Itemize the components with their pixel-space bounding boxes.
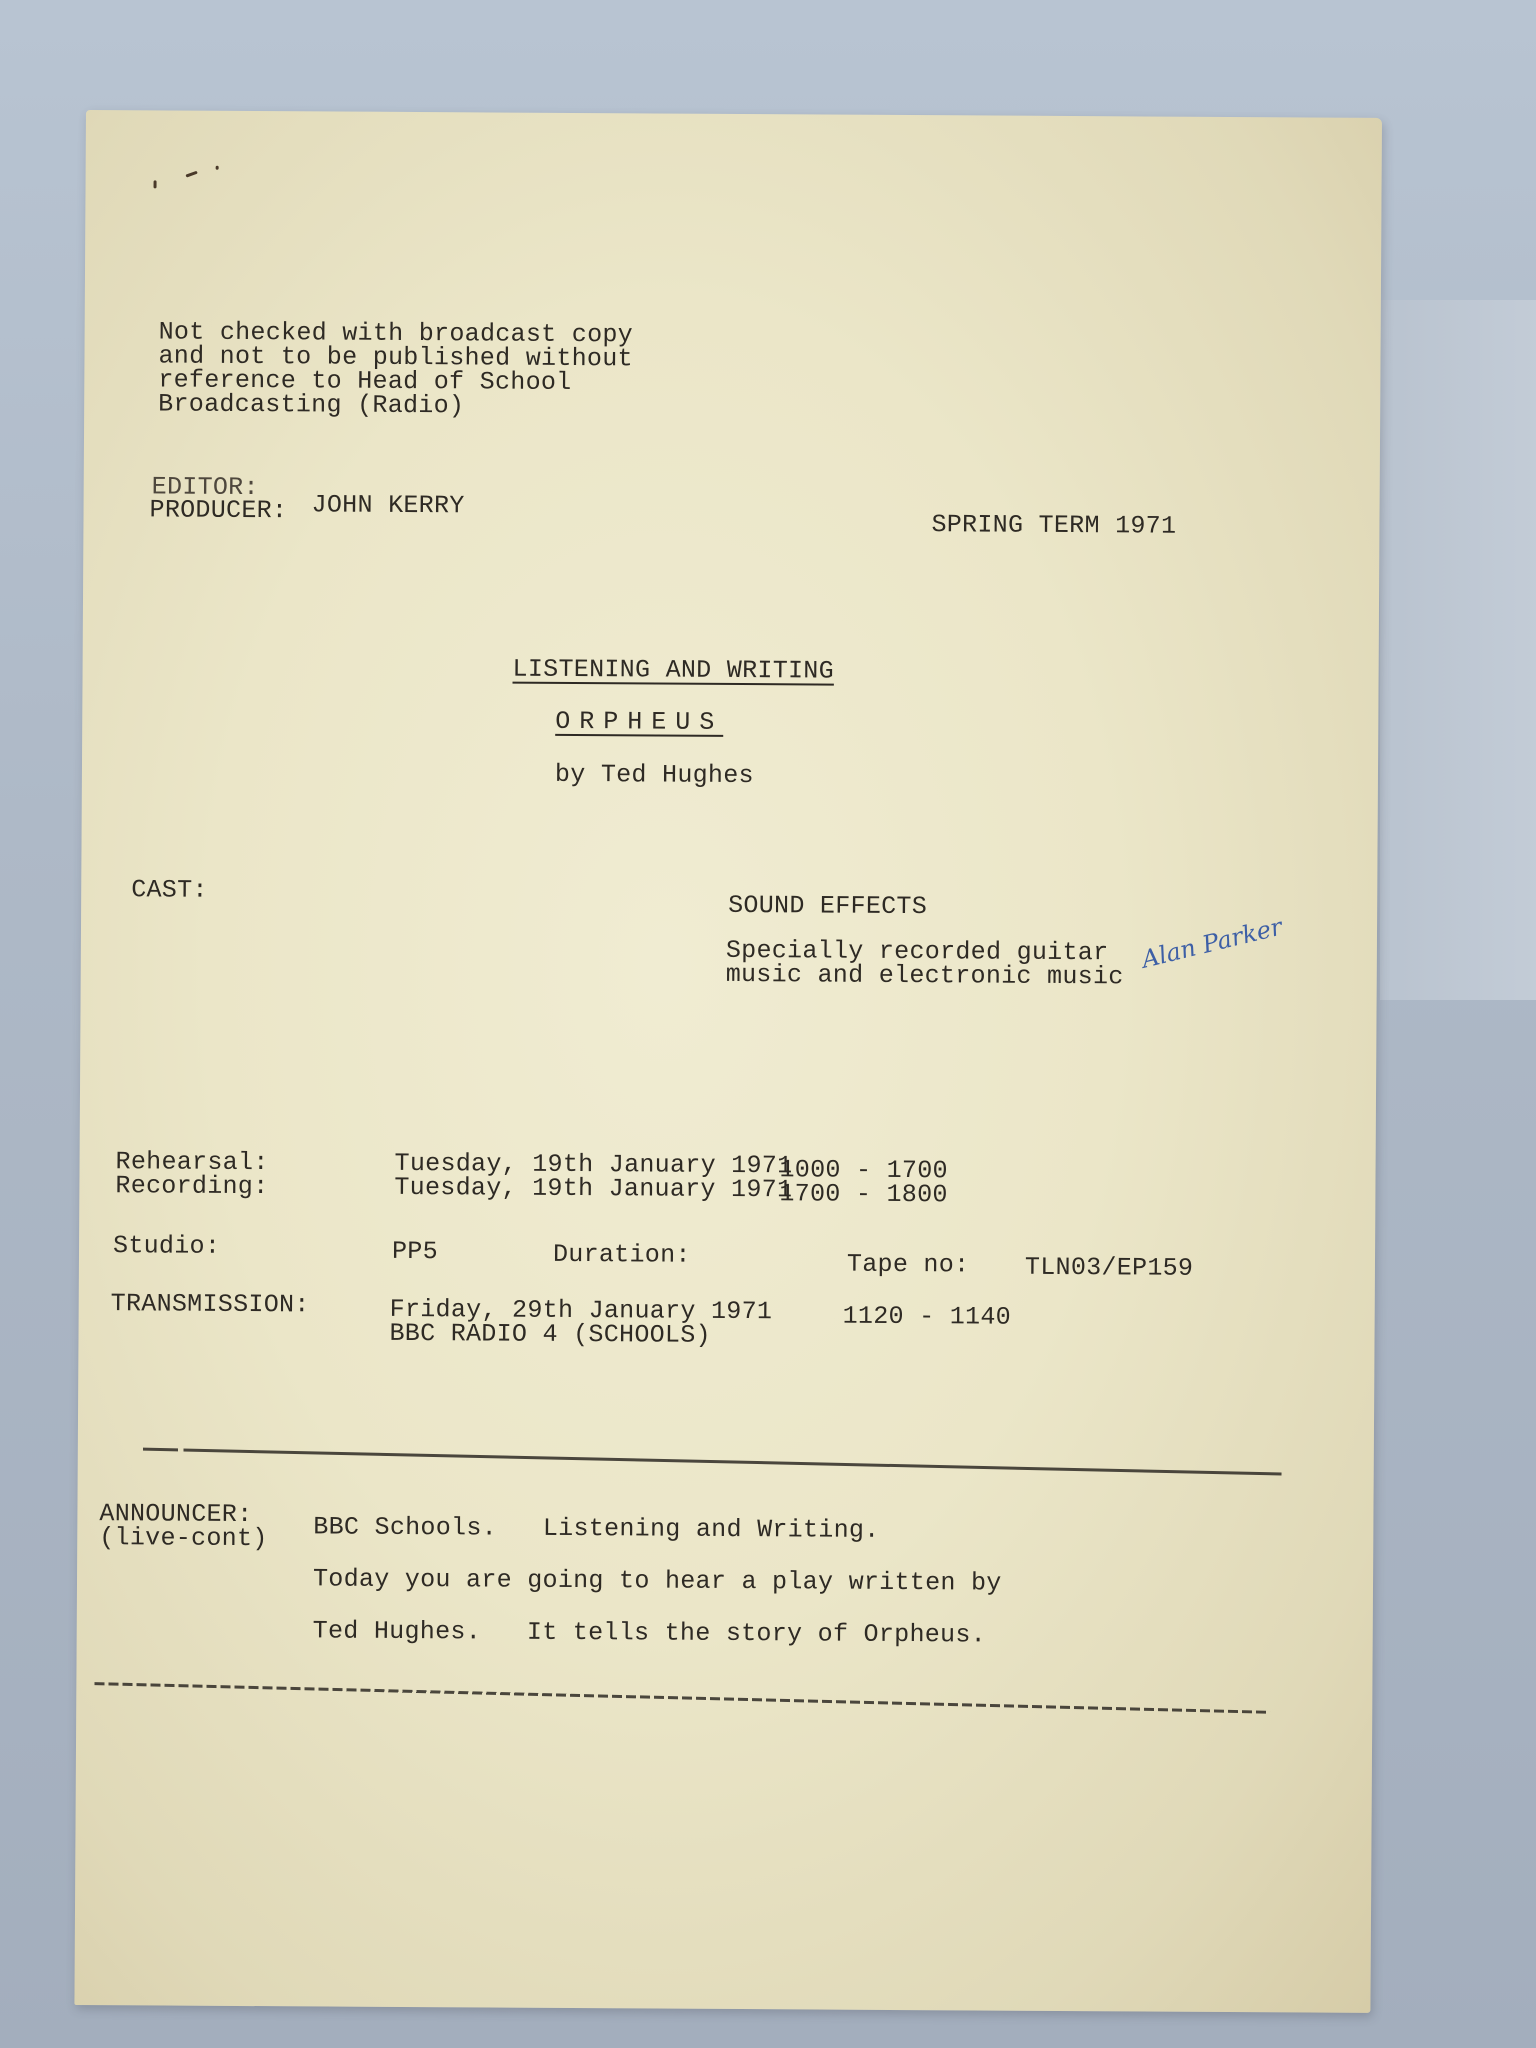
announcer-line: BBC Schools. Listening and Writing. [313, 1515, 879, 1542]
cast-label: CAST: [131, 878, 208, 902]
announcer-sublabel: (live-cont) [99, 1526, 267, 1551]
divider-dashed [94, 1682, 1270, 1714]
sound-effects-heading: SOUND EFFECTS [728, 894, 927, 919]
background-sheet [1380, 300, 1536, 1000]
sound-effects-description: Specially recorded guitar music and elec… [726, 939, 1124, 989]
producer-label: PRODUCER: [149, 498, 287, 523]
studio-value: PP5 [392, 1240, 438, 1264]
studio-label: Studio: [113, 1234, 220, 1259]
publication-notice: Not checked with broadcast copy and not … [158, 320, 633, 419]
producer-name: JOHN KERRY [312, 493, 465, 518]
transmission-label: TRANSMISSION: [111, 1292, 310, 1317]
announcer-line: Today you are going to hear a play writt… [313, 1567, 1002, 1595]
handwritten-annotation: Alan Parker [1139, 913, 1285, 974]
ink-mark [216, 166, 219, 170]
recording-label: Recording: [115, 1174, 268, 1199]
play-title: ORPHEUS [555, 710, 723, 735]
duration-label: Duration: [553, 1243, 691, 1268]
author-line: by Ted Hughes [555, 763, 754, 788]
transmission-time: 1120 - 1140 [843, 1305, 1011, 1330]
ink-mark [185, 171, 197, 178]
term: SPRING TERM 1971 [931, 513, 1176, 538]
announcer-line: Ted Hughes. It tells the story of Orpheu… [313, 1619, 986, 1647]
transmission-channel: BBC RADIO 4 (SCHOOLS) [389, 1322, 711, 1348]
tape-number: TLN03/EP159 [1025, 1256, 1193, 1281]
series-title: LISTENING AND WRITING [513, 658, 835, 684]
ink-mark [154, 180, 157, 188]
tape-label: Tape no: [847, 1253, 970, 1278]
recording-time: 1700 - 1800 [779, 1182, 947, 1207]
recording-date: Tuesday, 19th January 1971 [394, 1176, 792, 1202]
typed-document-page: Not checked with broadcast copy and not … [74, 110, 1382, 2013]
divider-solid [126, 1447, 1282, 1475]
